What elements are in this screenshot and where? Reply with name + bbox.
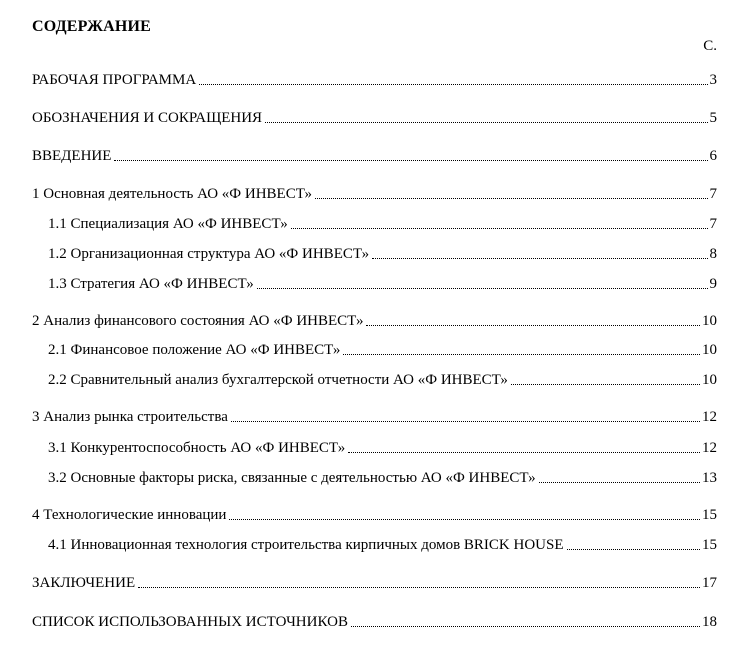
toc-dot-leader: [229, 506, 700, 524]
toc-entry-page-number: 7: [709, 185, 718, 203]
toc-entry-page-number: 12: [701, 439, 717, 457]
toc-entry-text: 3 Анализ рынка строительства: [32, 408, 230, 426]
toc-entry-page-number: 15: [701, 506, 717, 524]
toc-dot-leader: [199, 71, 707, 89]
toc-entry[interactable]: 3.1 Конкурентоспособность АО «Ф ИНВЕСТ»1…: [0, 437, 717, 457]
toc-entry-text: 1 Основная деятельность АО «Ф ИНВЕСТ»: [32, 185, 314, 203]
toc-entry-text: РАБОЧАЯ ПРОГРАММА: [32, 71, 198, 89]
toc-entry[interactable]: 1.2 Организационная структура АО «Ф ИНВЕ…: [0, 243, 717, 263]
toc-dot-leader: [231, 408, 700, 426]
toc-entry-text: 1.1 Специализация АО «Ф ИНВЕСТ»: [48, 215, 290, 233]
toc-entry[interactable]: 3.2 Основные факторы риска, связанные с …: [0, 467, 717, 487]
toc-entry[interactable]: 3 Анализ рынка строительства12: [0, 406, 717, 426]
toc-entry-page-number: 10: [701, 341, 717, 359]
toc-entry-page-number: 8: [709, 245, 718, 263]
toc-entry[interactable]: 1 Основная деятельность АО «Ф ИНВЕСТ»7: [0, 183, 717, 203]
toc-entry[interactable]: ЗАКЛЮЧЕНИЕ17: [0, 572, 717, 592]
toc-entry[interactable]: СПИСОК ИСПОЛЬЗОВАННЫХ ИСТОЧНИКОВ18: [0, 611, 717, 631]
toc-entry-page-number: 5: [709, 109, 718, 127]
toc-entry-page-number: 6: [709, 147, 718, 165]
toc-dot-leader: [265, 109, 707, 127]
toc-dot-leader: [291, 215, 708, 233]
toc-entry-page-number: 10: [701, 371, 717, 389]
toc-dot-leader: [348, 439, 700, 457]
toc-entry-text: 2 Анализ финансового состояния АО «Ф ИНВ…: [32, 312, 365, 330]
toc-entry[interactable]: 2 Анализ финансового состояния АО «Ф ИНВ…: [0, 310, 717, 330]
toc-entry[interactable]: 1.1 Специализация АО «Ф ИНВЕСТ»7: [0, 213, 717, 233]
toc-entry-page-number: 12: [701, 408, 717, 426]
toc-entry-text: СПИСОК ИСПОЛЬЗОВАННЫХ ИСТОЧНИКОВ: [32, 613, 350, 631]
toc-dot-leader: [351, 613, 700, 631]
toc-entry-text: 1.3 Стратегия АО «Ф ИНВЕСТ»: [48, 275, 256, 293]
toc-entry-text: 3.2 Основные факторы риска, связанные с …: [48, 469, 538, 487]
toc-entry-text: 4 Технологические инновации: [32, 506, 228, 524]
toc-dot-leader: [343, 341, 700, 359]
toc-entry[interactable]: ВВЕДЕНИЕ6: [0, 145, 717, 165]
toc-entry-page-number: 18: [701, 613, 717, 631]
toc-entry[interactable]: ОБОЗНАЧЕНИЯ И СОКРАЩЕНИЯ5: [0, 107, 717, 127]
toc-entry[interactable]: 4.1 Инновационная технология строительст…: [0, 534, 717, 554]
page-column-label: С.: [703, 38, 717, 55]
toc-entry-text: ОБОЗНАЧЕНИЯ И СОКРАЩЕНИЯ: [32, 109, 264, 127]
toc-dot-leader: [366, 312, 700, 330]
toc-entry[interactable]: 1.3 Стратегия АО «Ф ИНВЕСТ»9: [0, 273, 717, 293]
document-page: СОДЕРЖАНИЕ С. РАБОЧАЯ ПРОГРАММА3ОБОЗНАЧЕ…: [0, 0, 729, 652]
toc-entry[interactable]: 4 Технологические инновации15: [0, 504, 717, 524]
toc-entry[interactable]: 2.1 Финансовое положение АО «Ф ИНВЕСТ»10: [0, 339, 717, 359]
toc-entry-text: 2.2 Сравнительный анализ бухгалтерской о…: [48, 371, 510, 389]
toc-entry-text: 1.2 Организационная структура АО «Ф ИНВЕ…: [48, 245, 371, 263]
toc-dot-leader: [114, 147, 707, 165]
toc-entry-page-number: 9: [709, 275, 718, 293]
toc-entry-page-number: 3: [709, 71, 718, 89]
toc-title: СОДЕРЖАНИЕ: [32, 18, 151, 36]
toc-dot-leader: [567, 536, 700, 554]
toc-entry-page-number: 13: [701, 469, 717, 487]
toc-entry-text: 4.1 Инновационная технология строительст…: [48, 536, 566, 554]
toc-dot-leader: [539, 469, 700, 487]
toc-entry[interactable]: 2.2 Сравнительный анализ бухгалтерской о…: [0, 369, 717, 389]
toc-entry-text: ЗАКЛЮЧЕНИЕ: [32, 574, 137, 592]
toc-dot-leader: [257, 275, 708, 293]
toc-entry-page-number: 7: [709, 215, 718, 233]
toc-dot-leader: [511, 371, 700, 389]
toc-entry-text: 3.1 Конкурентоспособность АО «Ф ИНВЕСТ»: [48, 439, 347, 457]
toc-dot-leader: [138, 574, 700, 592]
toc-dot-leader: [372, 245, 707, 263]
toc-entry-page-number: 17: [701, 574, 717, 592]
toc-entry[interactable]: РАБОЧАЯ ПРОГРАММА3: [0, 69, 717, 89]
toc-entry-text: 2.1 Финансовое положение АО «Ф ИНВЕСТ»: [48, 341, 342, 359]
toc-entry-page-number: 10: [701, 312, 717, 330]
toc-dot-leader: [315, 185, 708, 203]
toc-entry-page-number: 15: [701, 536, 717, 554]
toc-entry-text: ВВЕДЕНИЕ: [32, 147, 113, 165]
